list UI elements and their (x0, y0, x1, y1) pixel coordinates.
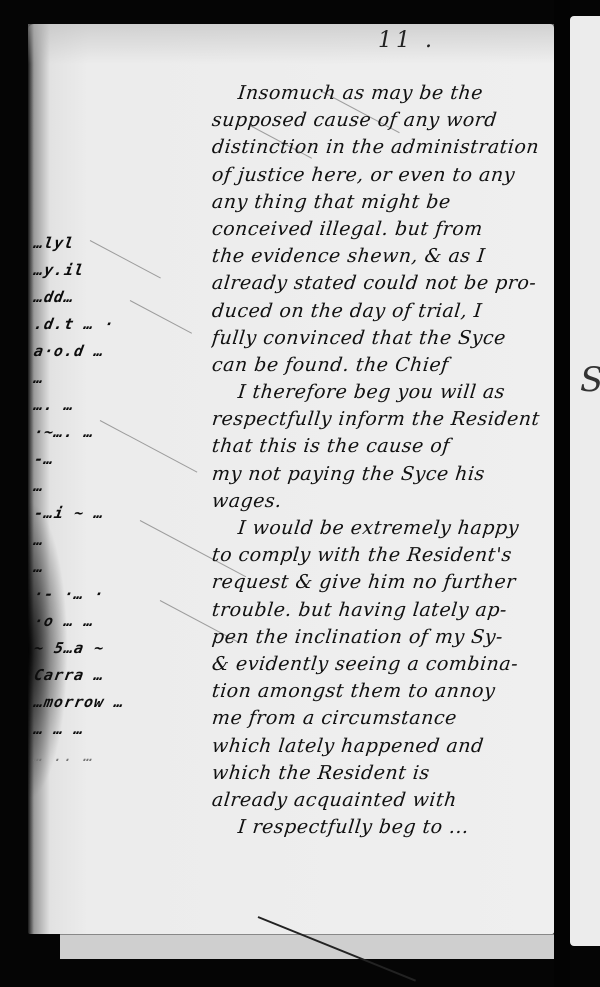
bleed-line: … (29, 527, 209, 554)
letter-line: conceived illegal. but from (211, 216, 559, 243)
bleed-line: ·o … … (29, 608, 209, 635)
letter-line: Insomuch as may be the (211, 80, 559, 107)
bleed-line: … (29, 554, 209, 581)
letter-line: already acquainted with (211, 787, 559, 814)
bleed-line: … … … (29, 716, 209, 743)
letter-line: distinction in the administration (211, 134, 559, 161)
letter-line: duced on the day of trial, I (211, 298, 559, 325)
bleed-line: …lyl (29, 230, 209, 257)
bleed-line: -…i ~ … (29, 500, 209, 527)
letter-line: to comply with the Resident's (211, 542, 559, 569)
bleed-line: ·~…. … (29, 419, 209, 446)
letter-line: the evidence shewn, & as I (211, 243, 559, 270)
letter-line: which lately happened and (211, 733, 559, 760)
letter-line: me from a circumstance (211, 705, 559, 732)
letter-line: respectfully inform the Resident (211, 406, 559, 433)
bleed-line: … .. … (29, 743, 209, 770)
bleed-through-margin: …lyl …y.il …dd… .d.t … · a·o.d … … …. … … (34, 230, 204, 770)
letter-line: fully convinced that the Syce (211, 325, 559, 352)
letter-line: supposed cause of any word (211, 107, 559, 134)
letter-line: tion amongst them to annoy (211, 678, 559, 705)
bleed-line: …morrow … (29, 689, 209, 716)
letter-line: request & give him no further (211, 569, 559, 596)
bleed-line: …y.il (29, 257, 209, 284)
bleed-line: ·- ·… · (29, 581, 209, 608)
bleed-line: …dd… (29, 284, 209, 311)
bleed-line: Carra … (29, 662, 209, 689)
bleed-line: a·o.d … (29, 338, 209, 365)
letter-line: & evidently seeing a combina- (211, 651, 559, 678)
letter-line: pen the inclination of my Sy- (211, 624, 559, 651)
bleed-line: … (29, 473, 209, 500)
letter-body: Insomuch as may be the supposed cause of… (212, 80, 557, 841)
letter-line-closing: I respectfully beg to ... (211, 814, 559, 841)
letter-line: already stated could not be pro- (211, 270, 559, 297)
bleed-line: …. … (29, 392, 209, 419)
bleed-line: ~ 5…a ~ (29, 635, 209, 662)
letter-line: my not paying the Syce his (211, 461, 559, 488)
facing-page (570, 16, 600, 946)
letter-line: of justice here, or even to any (211, 162, 559, 189)
folio-number: 11 . (378, 28, 436, 53)
bleed-line: .d.t … · (29, 311, 209, 338)
letter-line: any thing that might be (211, 189, 559, 216)
letter-line: I therefore beg you will as (211, 379, 559, 406)
letter-line: I would be extremely happy (211, 515, 559, 542)
bleed-line: … (29, 365, 209, 392)
letter-line: wages. (211, 488, 559, 515)
letter-line: that this is the cause of (211, 433, 559, 460)
letter-line: trouble. but having lately ap- (211, 597, 559, 624)
letter-line: can be found. the Chief (211, 352, 559, 379)
facing-page-mark: S (580, 360, 600, 400)
bleed-line: -… (29, 446, 209, 473)
letter-line: which the Resident is (211, 760, 559, 787)
